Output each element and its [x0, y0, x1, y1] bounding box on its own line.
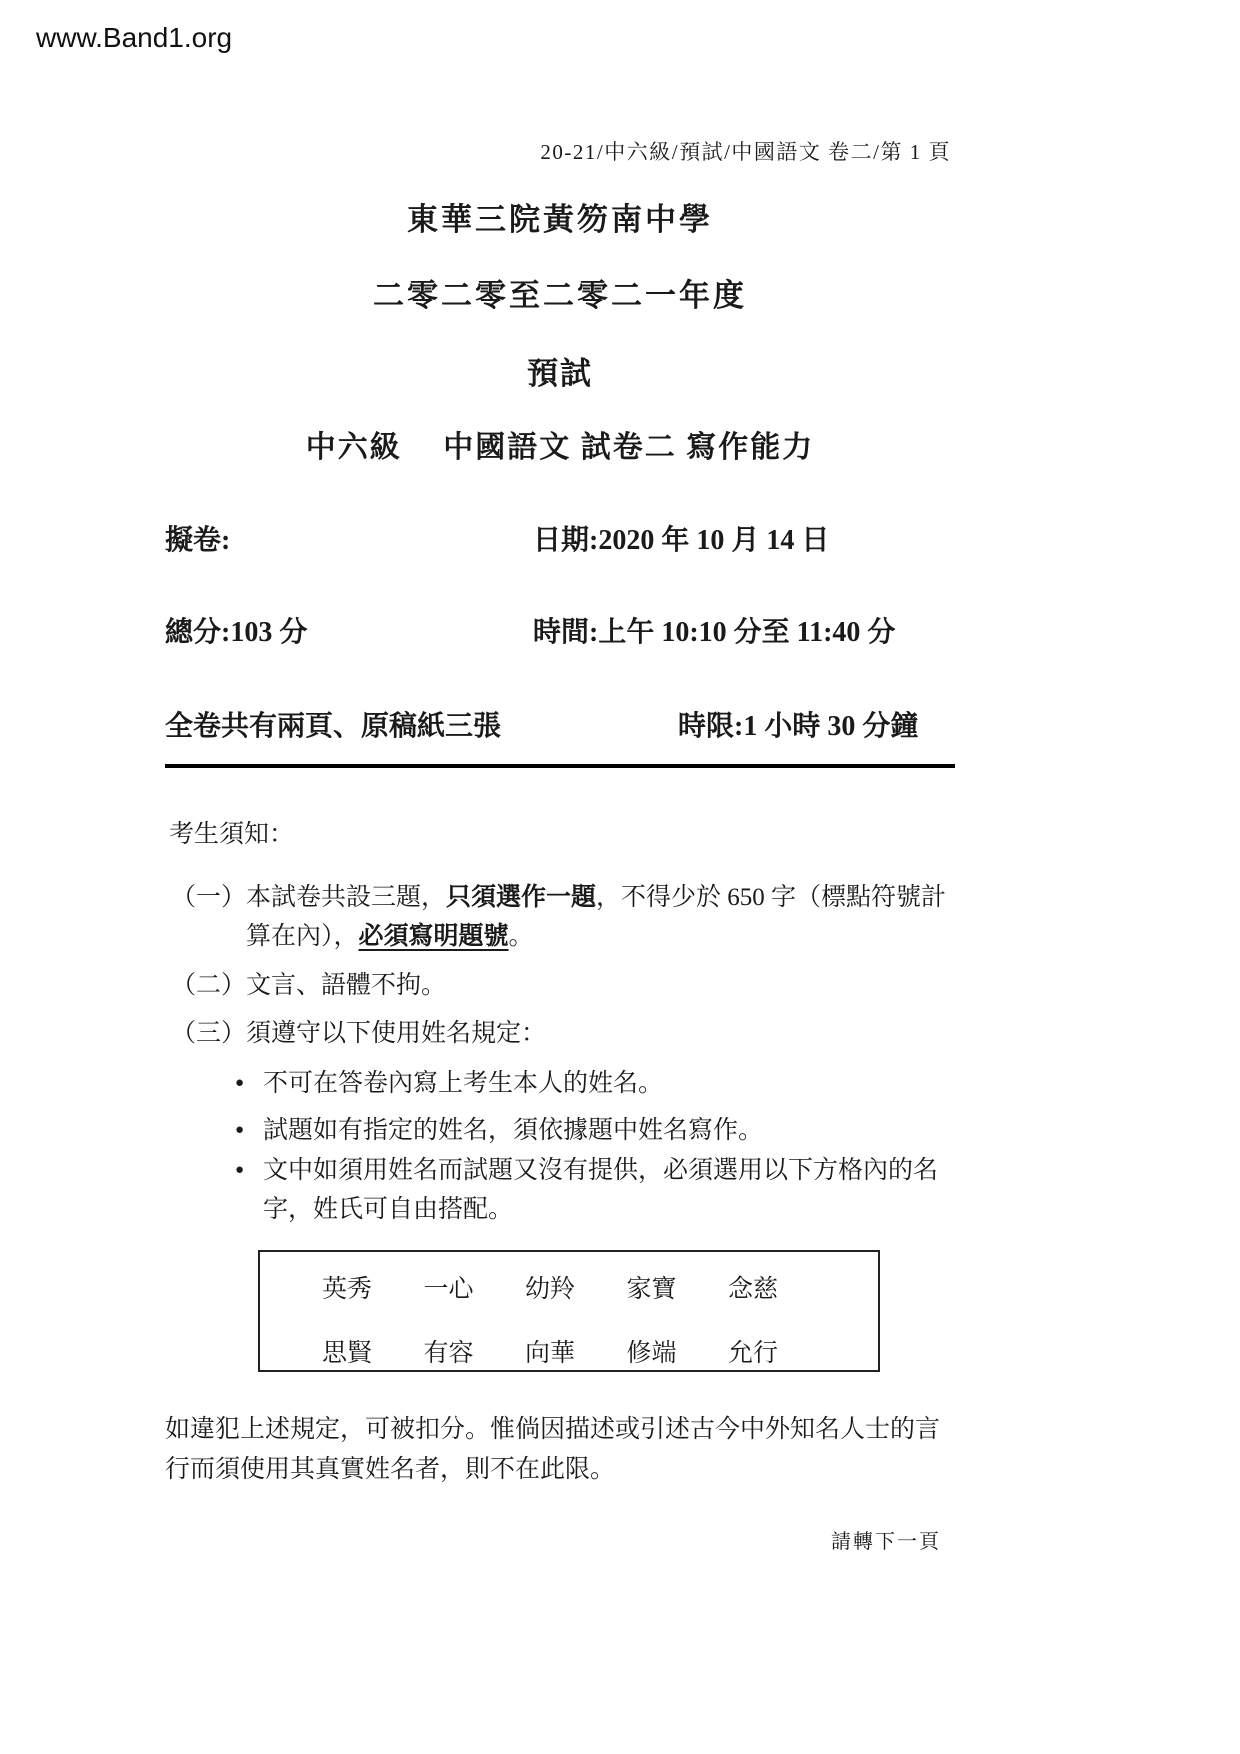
total-score: 總分:103 分: [165, 617, 307, 648]
name-rule-3: ● 文中如須用姓名而試題又沒有提供，必須選用以下方格內的名字，姓氏可自由搭配。: [235, 1151, 955, 1229]
item1-part1: 本試卷共設三題，: [246, 884, 446, 911]
names-table: 英秀 一心 幼羚 家寶 念慈 思賢 有容 向華 修端 允行: [258, 1250, 880, 1372]
name-rule-2: ● 試題如有指定的姓名，須依據題中姓名寫作。: [235, 1111, 955, 1150]
materials-note: 全卷共有兩頁、原稿紙三張: [165, 711, 501, 742]
exam-paper-page: 20-21/中六級/預試/中國語文 卷二/第 1 頁 東華三院黃笏南中學 二零二…: [165, 0, 955, 1754]
setter-label: 擬卷:: [165, 525, 230, 556]
name-cell: 家寶: [626, 1269, 676, 1305]
name-rule-1: ● 不可在答卷內寫上考生本人的姓名。: [235, 1064, 955, 1103]
name-cell: 幼羚: [525, 1269, 575, 1305]
name-cell: 念慈: [728, 1269, 778, 1305]
notice-item-1: （一） 本試卷共設三題，只須選作一題，不得少於 650 字（標點符號計算在內），…: [165, 878, 955, 956]
notice-item-3: （三） 須遵守以下使用姓名規定：: [165, 1014, 955, 1053]
name-cell: 修端: [626, 1333, 676, 1369]
name-cell: 向華: [525, 1333, 575, 1369]
name-cell: 英秀: [322, 1269, 372, 1305]
emphasis-bold-underline: 必須寫明題號: [359, 922, 509, 950]
school-name: 東華三院黃笏南中學: [165, 194, 955, 239]
info-row-materials-duration: 全卷共有兩頁、原稿紙三張 時限:1 小時 30 分鐘: [165, 704, 955, 744]
table-row: 英秀 一心 幼羚 家寶 念慈: [322, 1269, 778, 1305]
item1-part3: 。: [509, 923, 534, 950]
item-text: 文言、語體不拘。: [246, 966, 955, 1005]
academic-year: 二零二零至二零二一年度: [165, 270, 955, 315]
penalty-note: 如違犯上述規定，可被扣分。惟倘因描述或引述古今中外知名人士的言行而須使用其真實姓…: [165, 1410, 955, 1490]
item-number: （三）: [171, 1014, 246, 1053]
time-limit: 時限:1 小時 30 分鐘: [678, 704, 918, 744]
page-reference: 20-21/中六級/預試/中國語文 卷二/第 1 頁: [165, 136, 955, 166]
notice-heading: 考生須知：: [169, 814, 294, 850]
item-text: 本試卷共設三題，只須選作一題，不得少於 650 字（標點符號計算在內），必須寫明…: [246, 878, 955, 956]
name-rule-text: 不可在答卷內寫上考生本人的姓名。: [263, 1064, 955, 1103]
paper-title: 中六級 中國語文 試卷二 寫作能力: [165, 422, 955, 466]
bullet-icon: ●: [235, 1064, 263, 1103]
name-cell: 思賢: [322, 1333, 372, 1369]
exam-date: 日期:2020 年 10 月 14 日: [533, 518, 829, 558]
exam-time: 時間:上午 10:10 分至 11:40 分: [533, 610, 895, 650]
info-row-score-time: 總分:103 分 時間:上午 10:10 分至 11:40 分: [165, 610, 955, 650]
divider-rule: [165, 764, 955, 768]
bullet-icon: ●: [235, 1111, 263, 1150]
item-number: （二）: [171, 966, 246, 1005]
name-rule-text: 文中如須用姓名而試題又沒有提供，必須選用以下方格內的名字，姓氏可自由搭配。: [263, 1151, 955, 1229]
table-row: 思賢 有容 向華 修端 允行: [322, 1333, 778, 1369]
name-cell: 允行: [728, 1333, 778, 1369]
item-text: 須遵守以下使用姓名規定：: [246, 1014, 955, 1053]
info-row-setter-date: 擬卷: 日期:2020 年 10 月 14 日: [165, 518, 955, 558]
name-cell: 一心: [423, 1269, 473, 1305]
page-footer: 請轉下一頁: [165, 1525, 955, 1554]
bullet-icon: ●: [235, 1151, 263, 1229]
name-rule-text: 試題如有指定的姓名，須依據題中姓名寫作。: [263, 1111, 955, 1150]
notice-item-2: （二） 文言、語體不拘。: [165, 966, 955, 1005]
item-number: （一）: [171, 878, 246, 956]
name-cell: 有容: [423, 1333, 473, 1369]
exam-type: 預試: [165, 348, 955, 393]
emphasis-bold: 只須選作一題: [446, 883, 596, 911]
